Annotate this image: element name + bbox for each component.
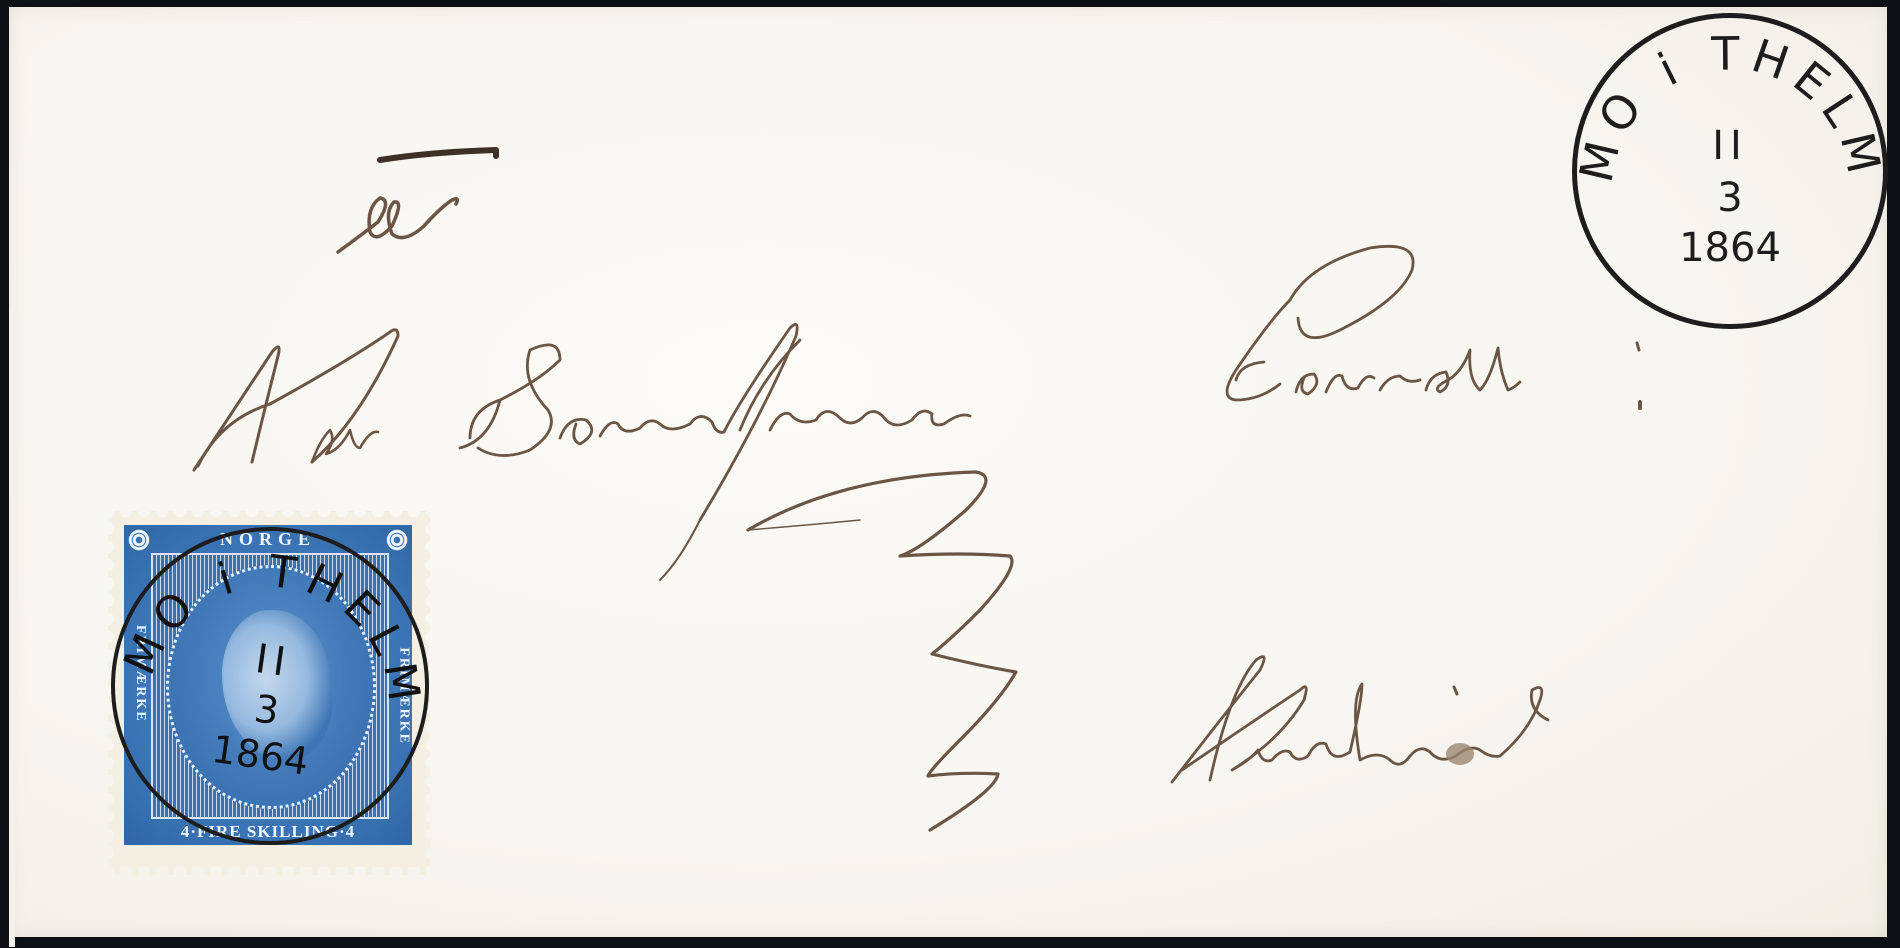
frank-mark xyxy=(338,198,457,252)
frank-overline xyxy=(380,150,496,160)
postmark-month: 3 xyxy=(1577,178,1883,218)
postmark-date-stamp: MO i THELM II 3 1864 xyxy=(1572,13,1888,329)
word-sorenskriver xyxy=(460,324,970,520)
dot-i xyxy=(1637,343,1639,350)
ink-blot xyxy=(1446,743,1474,765)
stamp-cancellation: MO i THELM II 3 1864 xyxy=(111,527,429,845)
word-her-H xyxy=(194,330,398,470)
word-destination xyxy=(1172,657,1548,782)
postmark-day: II xyxy=(1577,126,1883,166)
word-her-er xyxy=(312,430,378,462)
word-sorenskriver-long-s xyxy=(660,520,700,580)
word-conradi xyxy=(1227,246,1520,400)
paraph-flourish xyxy=(748,472,1016,830)
postmark-year: 1864 xyxy=(1577,228,1883,268)
dot-i-destination xyxy=(1454,687,1457,694)
postmark-ring-text: MO i THELM xyxy=(1577,18,1883,324)
